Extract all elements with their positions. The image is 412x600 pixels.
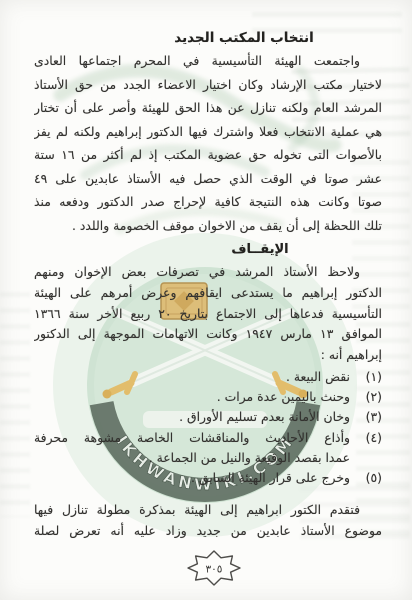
suspension-paragraph: ولاحظ الأستاذ المرشد في تصرفات بعض الإخو… bbox=[34, 262, 382, 366]
charges-list: (١) نقض البيعة . (٢) وحنث باليمين عدة مر… bbox=[34, 367, 382, 488]
text-line: واجتمعت الهيئة التأسيسية في المحرم اجتما… bbox=[34, 49, 382, 73]
charge-number: (٣) bbox=[358, 407, 382, 427]
charge-text: وخان الأمانة بعدم تسليم الأوراق . bbox=[34, 407, 350, 427]
text-line: صوتا وكانت هذه النتيجة كافية لإحراج صدر … bbox=[34, 190, 382, 214]
text-line: ولاحظ الأستاذ المرشد في تصرفات بعض الإخو… bbox=[34, 262, 382, 283]
text-line: تلك اللحظة إلى أن يقف من الاخوان موقف ال… bbox=[34, 214, 382, 238]
charge-item-4-continued: عمدا بقصد الوقيعة والنيل من الجماعة . bbox=[34, 448, 382, 468]
charge-number: (٥) bbox=[358, 468, 382, 488]
charge-number: (٤) bbox=[358, 428, 382, 448]
charge-item-3: (٣) وخان الأمانة بعدم تسليم الأوراق . bbox=[34, 407, 382, 427]
charge-text: عمدا بقصد الوقيعة والنيل من الجماعة . bbox=[34, 448, 350, 468]
scanned-book-page: IKHWANWIKI.COM انتخاب المكتب الجديد واجت… bbox=[0, 0, 412, 600]
charge-item-4: (٤) وأذاع الأحاديث والمناقشات الخاصة مشو… bbox=[34, 428, 382, 448]
charge-text: وخرج على قرار الهيئة السابق . bbox=[34, 468, 350, 488]
page-content: انتخاب المكتب الجديد واجتمعت الهيئة التأ… bbox=[34, 0, 382, 542]
charge-item-2: (٢) وحنث باليمين عدة مرات . bbox=[34, 387, 382, 407]
charge-text: وحنث باليمين عدة مرات . bbox=[34, 387, 350, 407]
text-line: موضوع الأستاذ عابدين من جديد وزاد عليه أ… bbox=[34, 521, 382, 542]
page-number-ornament: ٣٠٥ bbox=[186, 549, 242, 591]
chapter-title: انتخاب المكتب الجديد bbox=[70, 30, 412, 46]
text-line: هي عملية الانتخاب فعلا واشترك فيها الدكت… bbox=[34, 120, 382, 144]
charge-number: (١) bbox=[358, 367, 382, 387]
text-line: فتقدم الكتور ابراهيم إلى الهيئة بمذكرة م… bbox=[34, 500, 382, 521]
text-line: إبراهيم أنه : bbox=[34, 345, 382, 366]
text-line: لاختيار مكتب الإرشاد وكان اختيار الاعضاء… bbox=[34, 73, 382, 97]
charge-number: (٢) bbox=[358, 387, 382, 407]
charge-number-spacer bbox=[358, 448, 382, 468]
charge-item-1: (١) نقض البيعة . bbox=[34, 367, 382, 387]
charge-item-5: (٥) وخرج على قرار الهيئة السابق . bbox=[34, 468, 382, 488]
charge-text: وأذاع الأحاديث والمناقشات الخاصة مشوهة م… bbox=[34, 428, 350, 448]
text-line: الدكتور إبراهيم ما يستدعى ايقافهم وعرض أ… bbox=[34, 283, 382, 304]
text-line: الموافق ١٣ مارس ١٩٤٧ وكانت الاتهامات الم… bbox=[34, 324, 382, 345]
bleed-through-texture bbox=[0, 292, 30, 517]
text-line: عشر صوتا في الوقت الذي حصل فيه الأستاذ ع… bbox=[34, 167, 382, 191]
section-heading-suspension: الإيقــاف bbox=[86, 240, 412, 260]
intro-paragraph: واجتمعت الهيئة التأسيسية في المحرم اجتما… bbox=[34, 49, 382, 237]
text-line: التأسيسية فدعاها إلى الاجتماع بتاريخ ٢٠ … bbox=[34, 304, 382, 325]
page-number: ٣٠٥ bbox=[206, 564, 223, 576]
text-line: بالأصوات التى تخوله حق عضوية المكتب إذ ل… bbox=[34, 143, 382, 167]
text-line: المرشد العام ولكنه تنازل عن هذا الحق لله… bbox=[34, 96, 382, 120]
closing-paragraph: فتقدم الكتور ابراهيم إلى الهيئة بمذكرة م… bbox=[34, 500, 382, 542]
charge-text: نقض البيعة . bbox=[34, 367, 350, 387]
